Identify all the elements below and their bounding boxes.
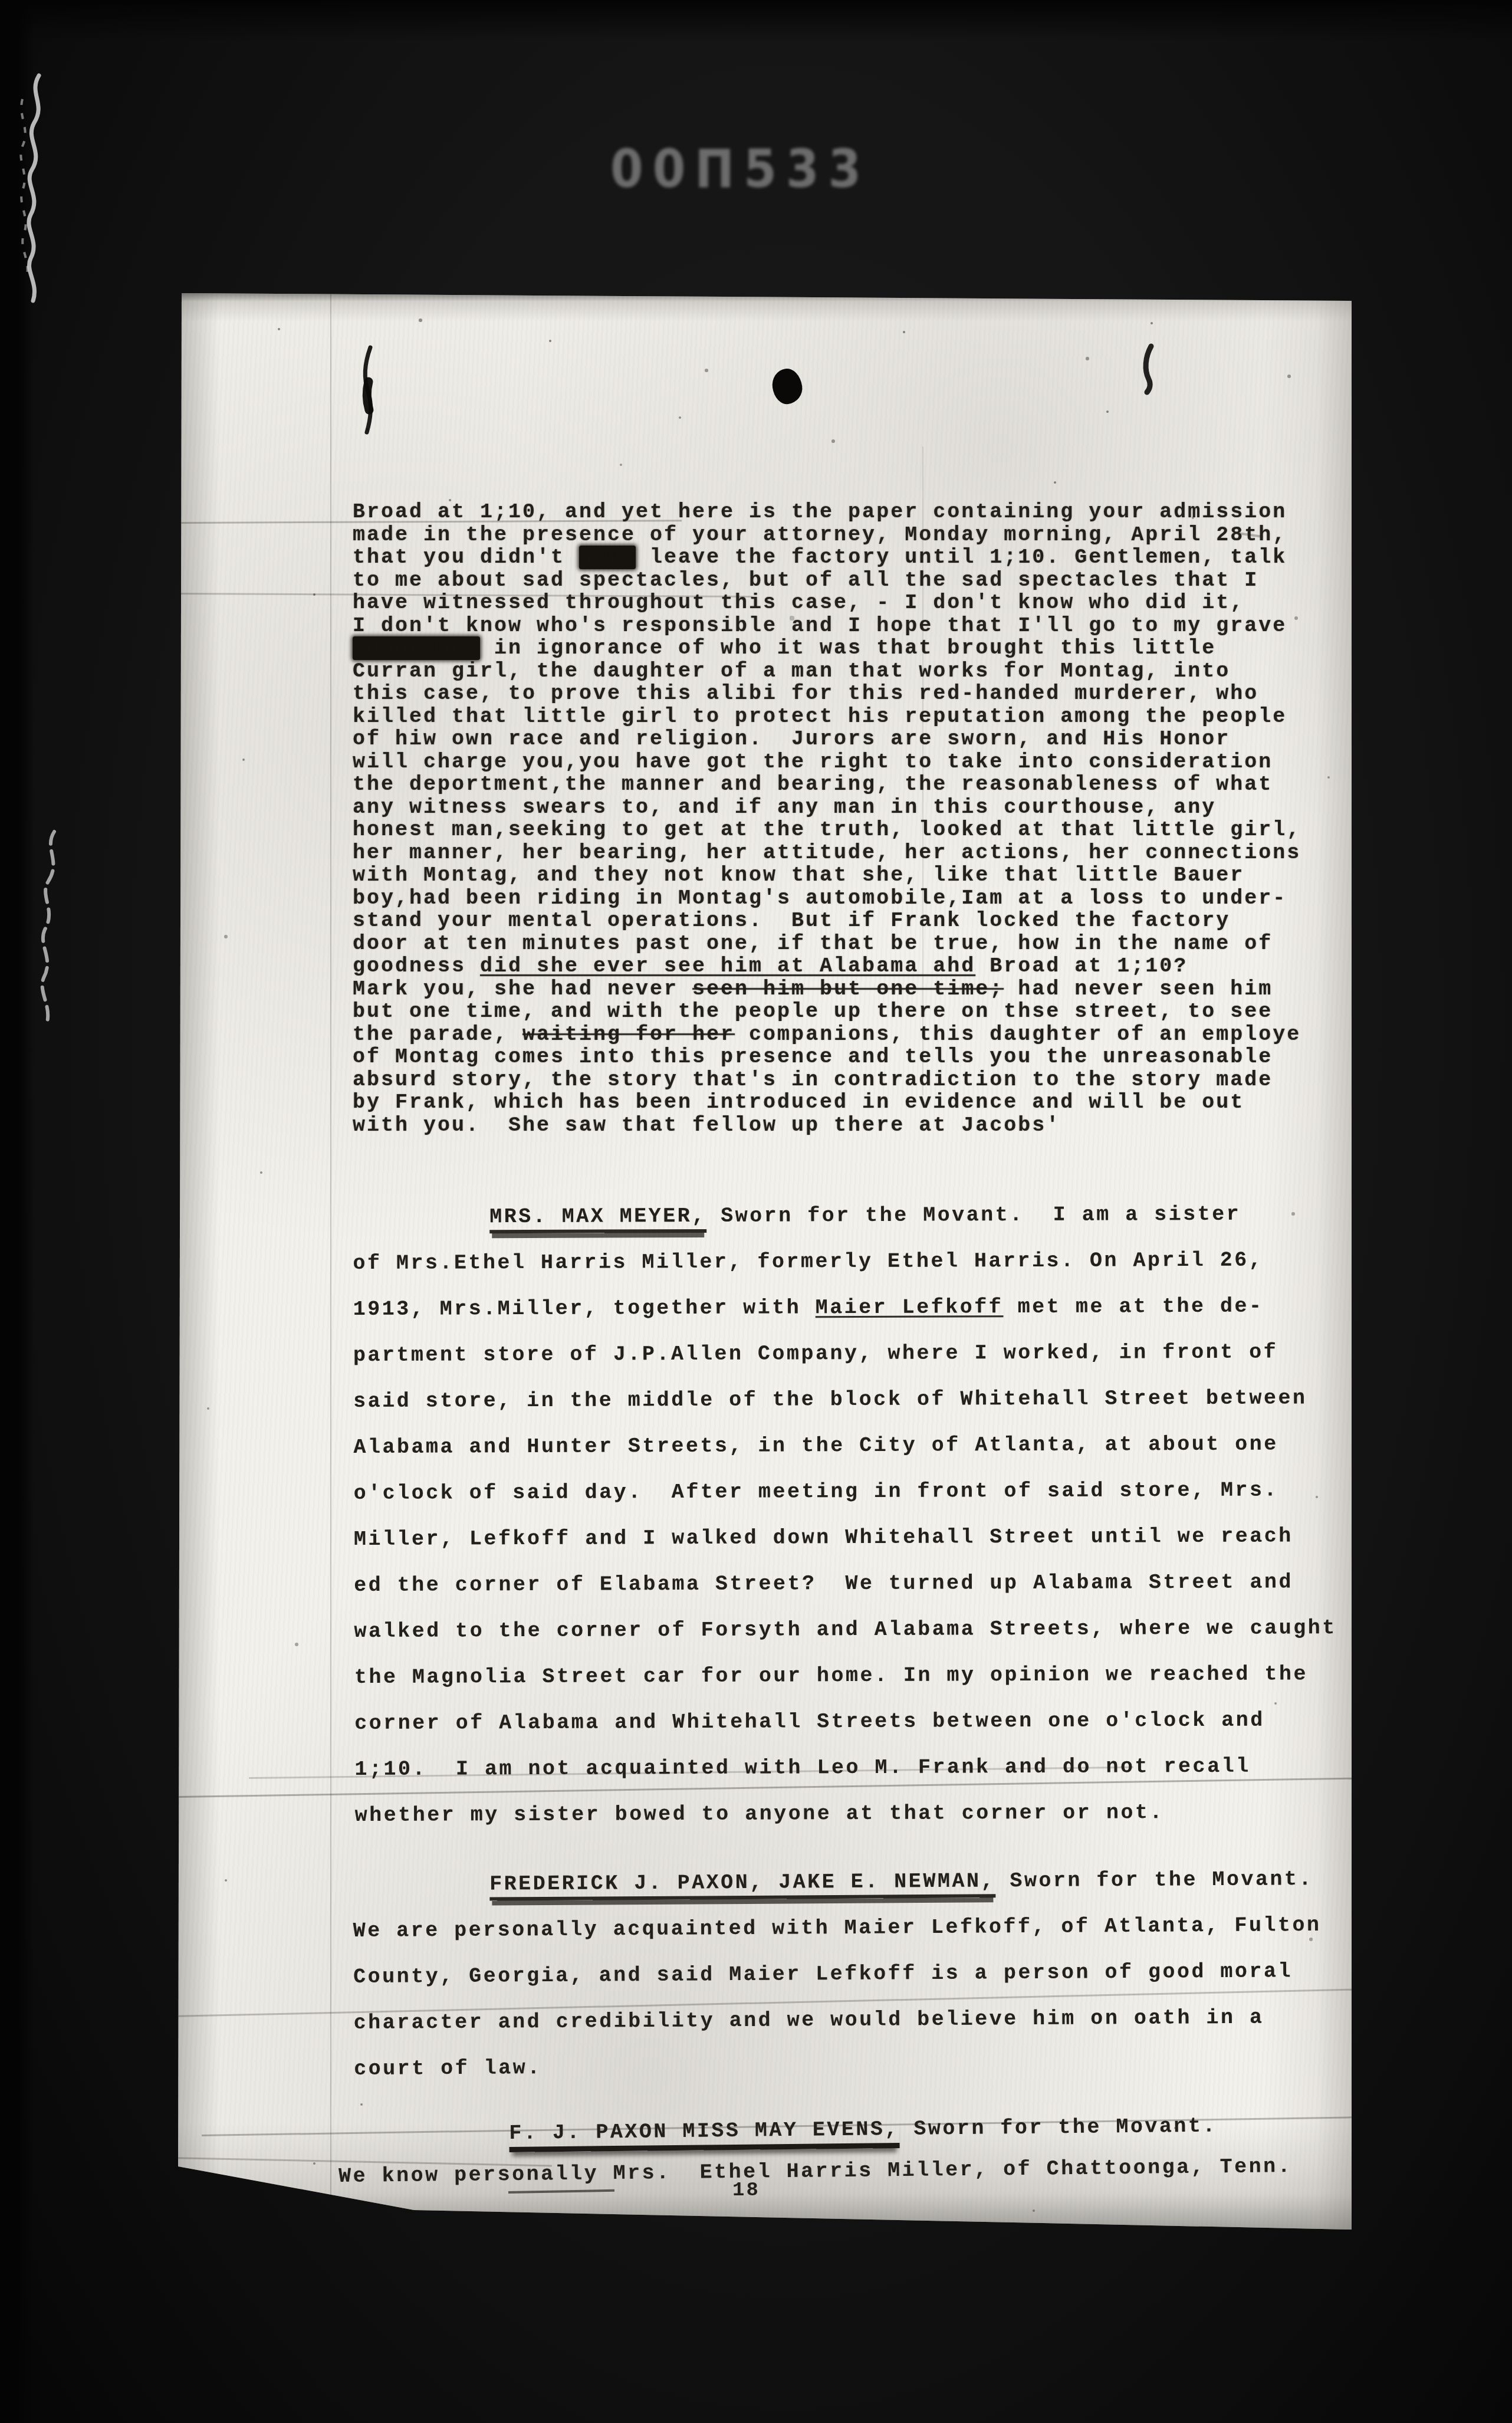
ink-blot	[770, 367, 804, 406]
text-line: partment store of J.P.Allen Company, whe…	[353, 1329, 1336, 1378]
text-line: ed the corner of Elabama Street? We turn…	[354, 1559, 1336, 1608]
text-line: 1;10. I am not acquainted with Leo M. Fr…	[354, 1743, 1337, 1792]
text-line: ignorance in ignorance of who it was tha…	[353, 637, 1301, 660]
text-line: We are personally acquainted with Maier …	[353, 1902, 1321, 1954]
text-line: the parade, waiting for her companions, …	[353, 1023, 1301, 1046]
text-line: this case, to prove this alibi for this …	[353, 682, 1301, 705]
film-left-edge	[0, 0, 34, 2423]
text-line: County, Georgia, and said Maier Lefkoff …	[353, 1948, 1322, 2000]
text-line: of Mrs.Ethel Harris Miller, formerly Eth…	[353, 1237, 1335, 1286]
section-paxon-newman-testimony: FREDERICK J. PAXON, JAKE E. NEWMAN, Swor…	[353, 1856, 1322, 2092]
ink-mark	[361, 347, 384, 436]
ink-specks	[172, 287, 173, 288]
film-frame-stamp: 00Π533	[610, 133, 882, 212]
text-line: 1913, Mrs.Miller, together with Maier Le…	[353, 1283, 1336, 1332]
text-line: her manner, her bearing, her attitude, h…	[353, 842, 1301, 865]
text-line: of Montag comes into this presence and t…	[353, 1046, 1301, 1069]
text-line: stand your mental operations. But if Fra…	[353, 910, 1301, 933]
film-scratch-mark	[5, 75, 70, 306]
text-line: but one time, and with the people up the…	[353, 1000, 1301, 1023]
microfilm-frame: 00Π533 Broad at 1;10, and yet here is th…	[0, 0, 1512, 2423]
text-line: absurd story, the story that's in contra…	[353, 1069, 1301, 1092]
text-line: with you. She saw that fellow up there a…	[353, 1114, 1301, 1137]
text-line: whether my sister bowed to anyone at tha…	[355, 1789, 1337, 1838]
text-line: boy,had been riding in Montag's automobi…	[353, 887, 1301, 910]
text-line: any witness swears to, and if any man in…	[353, 796, 1301, 819]
text-line: with Montag, and they not know that she,…	[353, 864, 1301, 887]
text-line: of hiw own race and religion. Jurors are…	[353, 728, 1301, 751]
text-line: goodness did she ever see him at Alabama…	[353, 955, 1301, 978]
text-line: the deportment,the manner and bearing, t…	[353, 773, 1301, 796]
text-line: honest man,seeking to get at the truth, …	[353, 819, 1301, 842]
text-line: said store, in the middle of the block o…	[353, 1375, 1336, 1424]
document-page: Broad at 1;10, and yet here is the paper…	[178, 293, 1352, 2235]
text-line: door at ten minutes past one, if that be…	[353, 933, 1301, 956]
text-line: by Frank, which has been introduced in e…	[353, 1091, 1301, 1114]
text-line: have witnessed throughout this case, - I…	[353, 592, 1301, 615]
text-line: court of law.	[354, 2040, 1322, 2092]
text-line: o'clock of said day. After meeting in fr…	[354, 1467, 1336, 1516]
page-fold-line	[330, 293, 331, 2235]
text-line: Alabama and Hunter Streets, in the City …	[353, 1421, 1336, 1470]
section-meyer-testimony: MRS. MAX MEYER, Sworn for the Movant. I …	[353, 1191, 1337, 1838]
section-paxon-evens-testimony: F. J. PAXON MISS MAY EVENS, Sworn for th…	[338, 2104, 1293, 2197]
text-line: MRS. MAX MEYER, Sworn for the Movant. I …	[489, 1191, 1335, 1240]
ink-mark	[1138, 346, 1158, 393]
text-line: character and credibility and we would b…	[353, 1994, 1322, 2046]
text-line: FREDERICK J. PAXON, JAKE E. NEWMAN, Swor…	[489, 1856, 1321, 1907]
text-line: will charge you,you have got the right t…	[353, 751, 1301, 774]
text-line: made in the presence of your attorney, M…	[353, 524, 1301, 547]
text-line: the Magnolia Street car for our home. In…	[354, 1651, 1337, 1700]
text-line: Curran girl, the daughter of a man that …	[353, 660, 1301, 683]
text-line: to me about sad spectacles, but of all t…	[353, 569, 1301, 592]
text-line: walked to the corner of Forsyth and Alab…	[354, 1605, 1336, 1654]
paragraph-closing-argument: Broad at 1;10, and yet here is the paper…	[353, 501, 1301, 1137]
text-line: that you didn't have leave the factory u…	[353, 546, 1301, 569]
page-number: 18	[732, 2179, 760, 2202]
text-line: corner of Alabama and Whitehall Streets …	[354, 1697, 1337, 1746]
text-line: killed that little girl to protect his r…	[353, 705, 1301, 728]
text-line: I don't know who's responsible and I hop…	[353, 615, 1301, 638]
text-line: We know personally Mrs. Ethel Harris Mil…	[338, 2146, 1293, 2197]
text-line: Broad at 1;10, and yet here is the paper…	[353, 501, 1301, 524]
film-top-edge	[0, 0, 1512, 41]
film-scratch-mark	[13, 832, 84, 1032]
text-line: Miller, Lefkoff and I walked down Whiteh…	[354, 1513, 1336, 1562]
text-line: Mark you, she had never seen him but one…	[353, 978, 1301, 1001]
